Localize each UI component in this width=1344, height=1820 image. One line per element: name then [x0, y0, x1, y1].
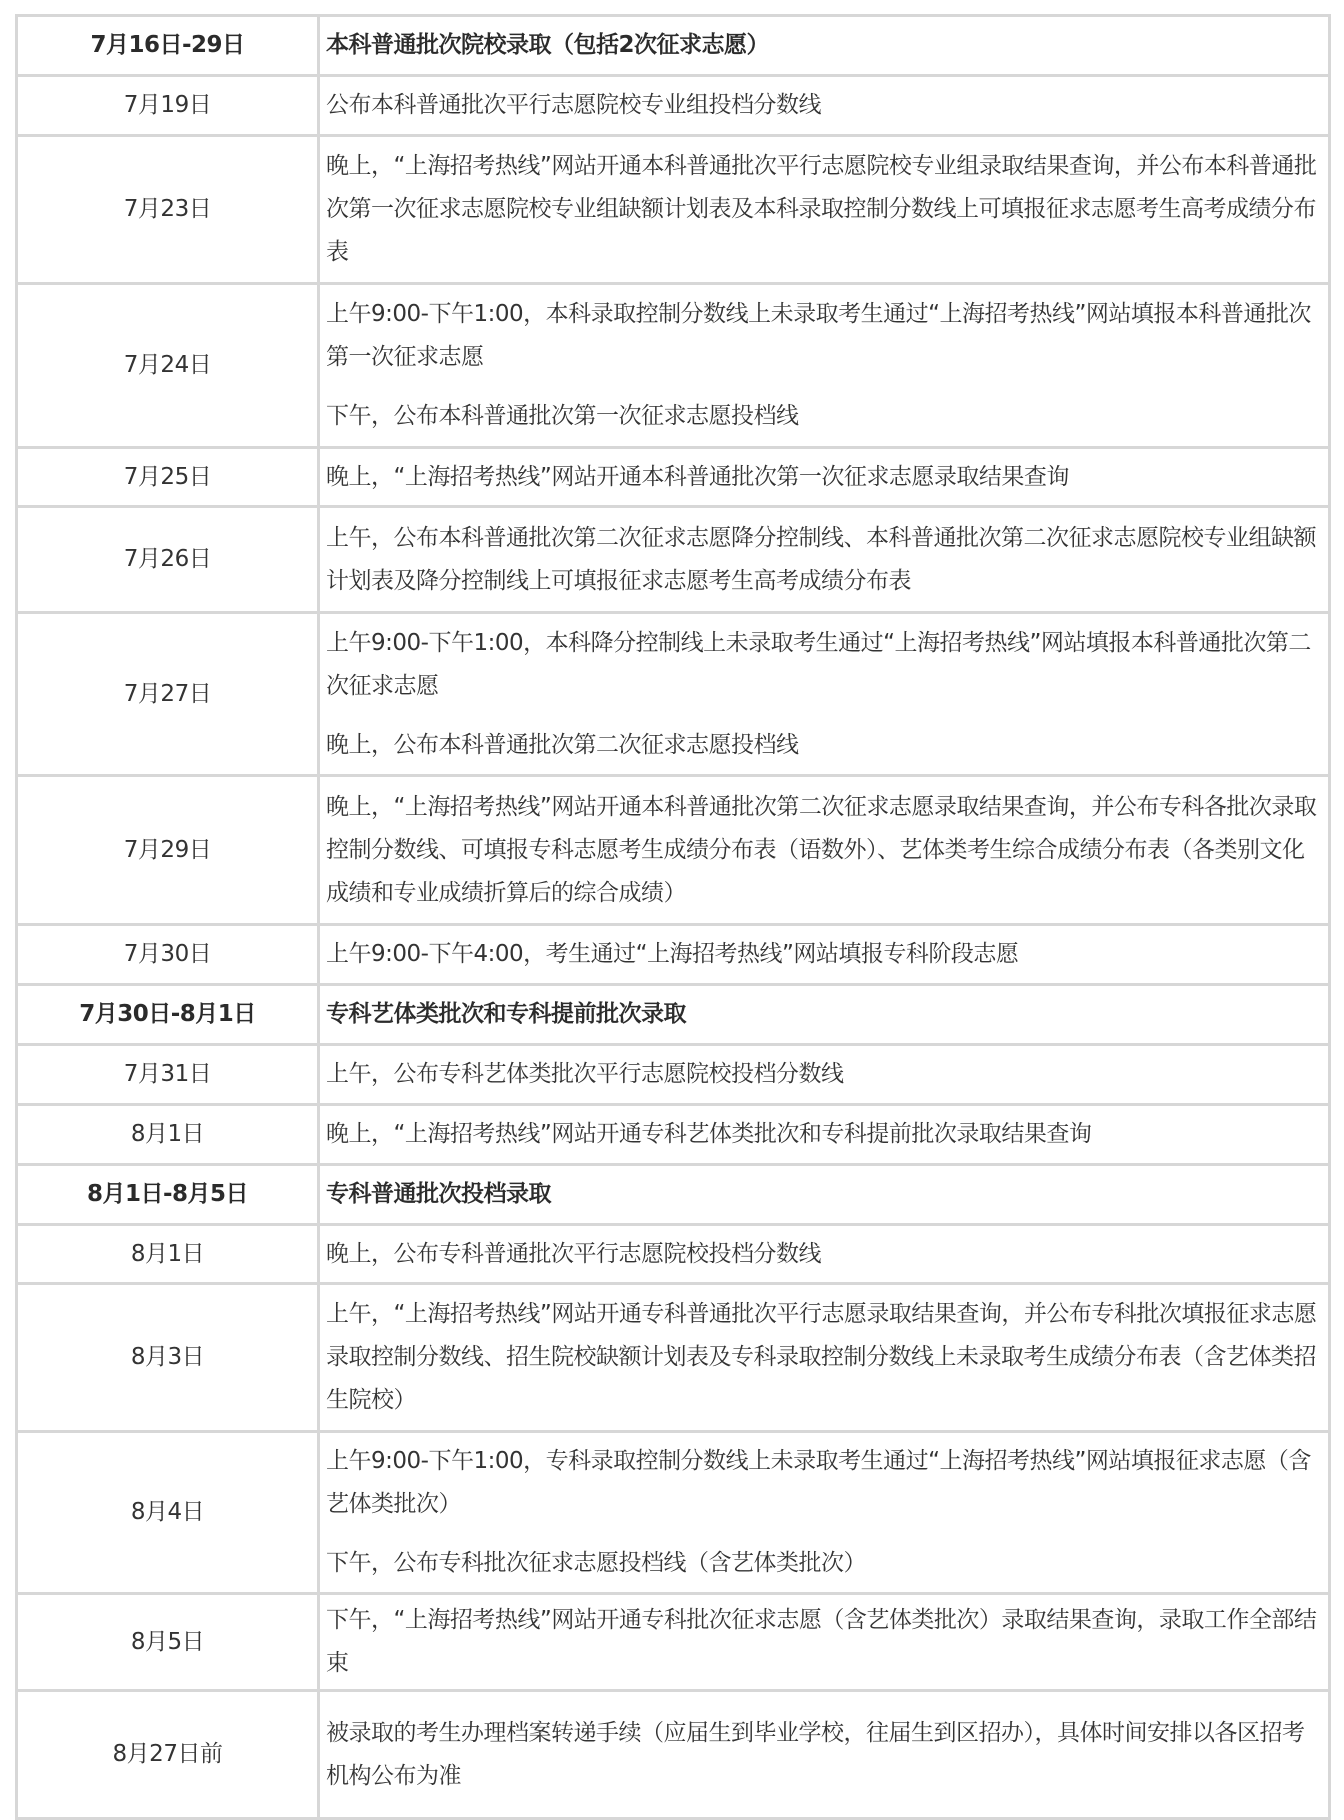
description-cell: 晚上，“上海招考热线”网站开通本科普通批次第二次征求志愿录取结果查询，并公布专科…	[319, 776, 1330, 925]
date-cell: 7月29日	[17, 776, 319, 925]
date-cell: 8月1日	[17, 1105, 319, 1165]
description-paragraph: 上午9:00-下午1:00，专科录取控制分数线上未录取考生通过“上海招考热线”网…	[326, 1440, 1326, 1526]
date-cell: 7月25日	[17, 448, 319, 507]
date-cell: 8月5日	[17, 1594, 319, 1691]
table-row: 8月4日上午9:00-下午1:00，专科录取控制分数线上未录取考生通过“上海招考…	[17, 1432, 1330, 1594]
description-paragraph: 上午9:00-下午1:00，本科降分控制线上未录取考生通过“上海招考热线”网站填…	[326, 622, 1326, 708]
description-paragraph: 晚上，“上海招考热线”网站开通本科普通批次第二次征求志愿录取结果查询，并公布专科…	[326, 786, 1326, 915]
table-row: 7月23日晚上，“上海招考热线”网站开通本科普通批次平行志愿院校专业组录取结果查…	[17, 136, 1330, 284]
table-row: 8月1日晚上，公布专科普通批次平行志愿院校投档分数线	[17, 1225, 1330, 1284]
description-cell: 晚上，“上海招考热线”网站开通专科艺体类批次和专科提前批次录取结果查询	[319, 1105, 1330, 1165]
phase-header-row: 7月16日-29日本科普通批次院校录取（包括2次征求志愿）	[17, 16, 1330, 76]
date-cell: 7月23日	[17, 136, 319, 284]
table-row: 7月24日上午9:00-下午1:00，本科录取控制分数线上未录取考生通过“上海招…	[17, 284, 1330, 448]
date-cell: 7月27日	[17, 613, 319, 776]
description-paragraph: 本科普通批次院校录取（包括2次征求志愿）	[326, 24, 1326, 67]
description-paragraph: 上午9:00-下午1:00，本科录取控制分数线上未录取考生通过“上海招考热线”网…	[326, 293, 1326, 379]
table-row: 7月19日公布本科普通批次平行志愿院校专业组投档分数线	[17, 76, 1330, 136]
schedule-table-body: 7月16日-29日本科普通批次院校录取（包括2次征求志愿）7月19日公布本科普通…	[17, 16, 1330, 1819]
description-paragraph: 下午，“上海招考热线”网站开通专科批次征求志愿（含艺体类批次）录取结果查询，录取…	[326, 1599, 1326, 1685]
description-paragraph: 上午，公布本科普通批次第二次征求志愿降分控制线、本科普通批次第二次征求志愿院校专…	[326, 517, 1326, 603]
table-row: 8月1日晚上，“上海招考热线”网站开通专科艺体类批次和专科提前批次录取结果查询	[17, 1105, 1330, 1165]
description-cell: 晚上，公布专科普通批次平行志愿院校投档分数线	[319, 1225, 1330, 1284]
description-paragraph: 晚上，公布专科普通批次平行志愿院校投档分数线	[326, 1233, 1326, 1276]
table-row: 7月26日上午，公布本科普通批次第二次征求志愿降分控制线、本科普通批次第二次征求…	[17, 507, 1330, 613]
date-cell: 7月16日-29日	[17, 16, 319, 76]
description-cell: 上午9:00-下午1:00，本科录取控制分数线上未录取考生通过“上海招考热线”网…	[319, 284, 1330, 448]
date-cell: 7月26日	[17, 507, 319, 613]
description-cell: 本科普通批次院校录取（包括2次征求志愿）	[319, 16, 1330, 76]
date-cell: 8月1日-8月5日	[17, 1165, 319, 1225]
description-cell: 专科普通批次投档录取	[319, 1165, 1330, 1225]
table-row: 8月3日上午，“上海招考热线”网站开通专科普通批次平行志愿录取结果查询，并公布专…	[17, 1284, 1330, 1432]
date-cell: 8月4日	[17, 1432, 319, 1594]
date-cell: 8月3日	[17, 1284, 319, 1432]
description-cell: 晚上，“上海招考热线”网站开通本科普通批次第一次征求志愿录取结果查询	[319, 448, 1330, 507]
description-cell: 上午，公布专科艺体类批次平行志愿院校投档分数线	[319, 1045, 1330, 1105]
phase-header-row: 7月30日-8月1日专科艺体类批次和专科提前批次录取	[17, 985, 1330, 1045]
description-paragraph: 晚上，公布本科普通批次第二次征求志愿投档线	[326, 724, 1326, 767]
date-cell: 8月1日	[17, 1225, 319, 1284]
description-cell: 上午，公布本科普通批次第二次征求志愿降分控制线、本科普通批次第二次征求志愿院校专…	[319, 507, 1330, 613]
date-cell: 7月30日	[17, 925, 319, 985]
date-cell: 7月24日	[17, 284, 319, 448]
description-paragraph: 专科普通批次投档录取	[326, 1173, 1326, 1216]
table-row: 7月31日上午，公布专科艺体类批次平行志愿院校投档分数线	[17, 1045, 1330, 1105]
description-paragraph: 下午，公布专科批次征求志愿投档线（含艺体类批次）	[326, 1542, 1326, 1585]
phase-header-row: 8月1日-8月5日专科普通批次投档录取	[17, 1165, 1330, 1225]
description-cell: 上午9:00-下午1:00，本科降分控制线上未录取考生通过“上海招考热线”网站填…	[319, 613, 1330, 776]
table-row: 7月29日晚上，“上海招考热线”网站开通本科普通批次第二次征求志愿录取结果查询，…	[17, 776, 1330, 925]
description-cell: 被录取的考生办理档案转递手续（应届生到毕业学校，往届生到区招办），具体时间安排以…	[319, 1691, 1330, 1819]
description-paragraph: 专科艺体类批次和专科提前批次录取	[326, 993, 1326, 1036]
description-paragraph: 下午，公布本科普通批次第一次征求志愿投档线	[326, 395, 1326, 438]
description-cell: 公布本科普通批次平行志愿院校专业组投档分数线	[319, 76, 1330, 136]
date-cell: 7月30日-8月1日	[17, 985, 319, 1045]
admission-schedule-table: 7月16日-29日本科普通批次院校录取（包括2次征求志愿）7月19日公布本科普通…	[15, 14, 1331, 1820]
table-row: 7月25日晚上，“上海招考热线”网站开通本科普通批次第一次征求志愿录取结果查询	[17, 448, 1330, 507]
date-cell: 8月27日前	[17, 1691, 319, 1819]
description-paragraph: 上午9:00-下午4:00，考生通过“上海招考热线”网站填报专科阶段志愿	[326, 933, 1326, 976]
description-cell: 上午，“上海招考热线”网站开通专科普通批次平行志愿录取结果查询，并公布专科批次填…	[319, 1284, 1330, 1432]
description-paragraph: 上午，公布专科艺体类批次平行志愿院校投档分数线	[326, 1053, 1326, 1096]
table-row: 8月5日下午，“上海招考热线”网站开通专科批次征求志愿（含艺体类批次）录取结果查…	[17, 1594, 1330, 1691]
description-cell: 专科艺体类批次和专科提前批次录取	[319, 985, 1330, 1045]
description-paragraph: 被录取的考生办理档案转递手续（应届生到毕业学校，往届生到区招办），具体时间安排以…	[326, 1712, 1326, 1798]
date-cell: 7月19日	[17, 76, 319, 136]
table-row: 8月27日前被录取的考生办理档案转递手续（应届生到毕业学校，往届生到区招办），具…	[17, 1691, 1330, 1819]
description-paragraph: 晚上，“上海招考热线”网站开通专科艺体类批次和专科提前批次录取结果查询	[326, 1113, 1326, 1156]
description-cell: 晚上，“上海招考热线”网站开通本科普通批次平行志愿院校专业组录取结果查询，并公布…	[319, 136, 1330, 284]
description-cell: 下午，“上海招考热线”网站开通专科批次征求志愿（含艺体类批次）录取结果查询，录取…	[319, 1594, 1330, 1691]
table-row: 7月30日上午9:00-下午4:00，考生通过“上海招考热线”网站填报专科阶段志…	[17, 925, 1330, 985]
description-cell: 上午9:00-下午1:00，专科录取控制分数线上未录取考生通过“上海招考热线”网…	[319, 1432, 1330, 1594]
description-paragraph: 晚上，“上海招考热线”网站开通本科普通批次平行志愿院校专业组录取结果查询，并公布…	[326, 145, 1326, 274]
description-paragraph: 上午，“上海招考热线”网站开通专科普通批次平行志愿录取结果查询，并公布专科批次填…	[326, 1293, 1326, 1422]
table-row: 7月27日上午9:00-下午1:00，本科降分控制线上未录取考生通过“上海招考热…	[17, 613, 1330, 776]
description-paragraph: 公布本科普通批次平行志愿院校专业组投档分数线	[326, 84, 1326, 127]
description-cell: 上午9:00-下午4:00，考生通过“上海招考热线”网站填报专科阶段志愿	[319, 925, 1330, 985]
description-paragraph: 晚上，“上海招考热线”网站开通本科普通批次第一次征求志愿录取结果查询	[326, 456, 1326, 499]
date-cell: 7月31日	[17, 1045, 319, 1105]
